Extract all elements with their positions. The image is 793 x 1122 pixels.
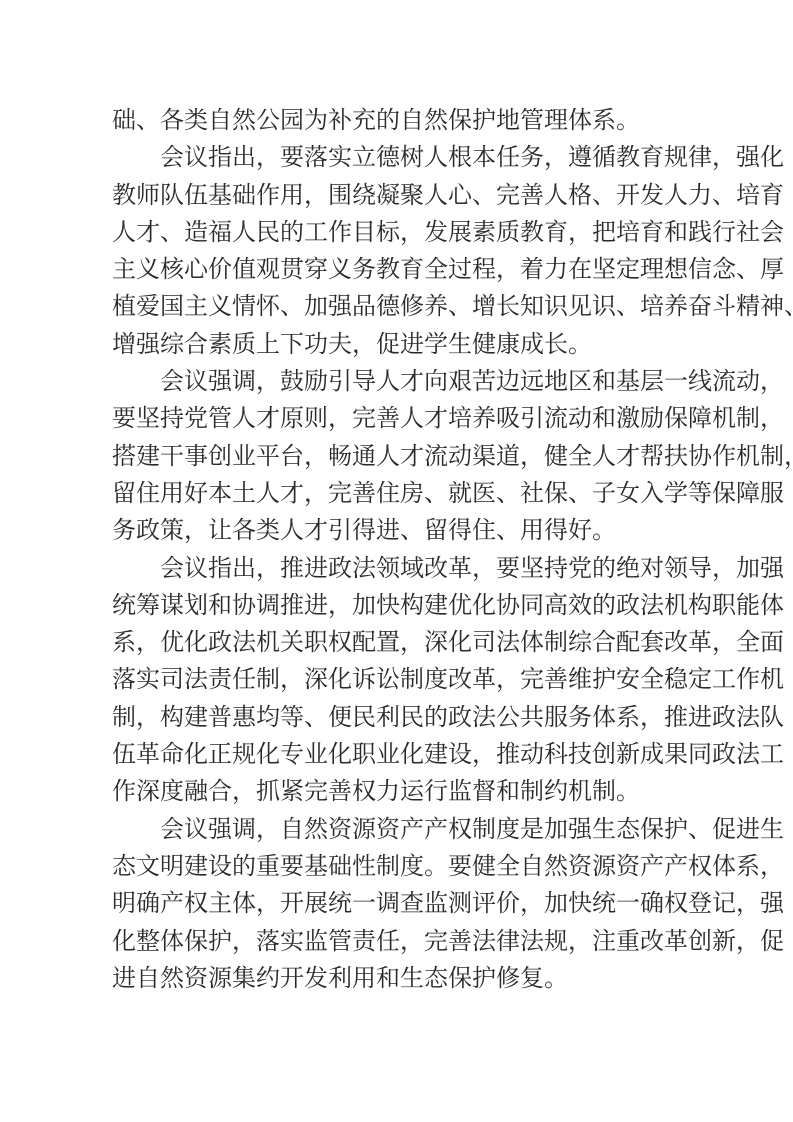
document-text-block: 础、各类自然公园为补充的自然保护地管理体系。会议指出，要落实立德树人根本任务，遵… — [112, 103, 685, 998]
text-line: 人才、造福人民的工作目标，发展素质教育，把培育和践行社会 — [112, 215, 685, 252]
text-line: 础、各类自然公园为补充的自然保护地管理体系。 — [112, 103, 685, 140]
text-line: 会议强调，自然资源资产产权制度是加强生态保护、促进生 — [112, 812, 685, 849]
text-line: 落实司法责任制，深化诉讼制度改革，完善维护安全稳定工作机 — [112, 662, 685, 699]
text-line: 会议强调，鼓励引导人才向艰苦边远地区和基层一线流动， — [112, 364, 685, 401]
text-line: 搭建干事创业平台，畅通人才流动渠道，健全人才帮扶协作机制， — [112, 439, 685, 476]
text-line: 要坚持党管人才原则，完善人才培养吸引流动和激励保障机制， — [112, 401, 685, 438]
text-line: 主义核心价值观贯穿义务教育全过程，着力在坚定理想信念、厚 — [112, 252, 685, 289]
text-line: 化整体保护，落实监管责任，完善法律法规，注重改革创新，促 — [112, 924, 685, 961]
text-line: 会议指出，要落实立德树人根本任务，遵循教育规律，强化 — [112, 140, 685, 177]
text-line: 系，优化政法机关职权配置，深化司法体制综合配套改革，全面 — [112, 625, 685, 662]
text-line: 伍革命化正规化专业化职业化建设，推动科技创新成果同政法工 — [112, 737, 685, 774]
text-line: 留住用好本土人才，完善住房、就医、社保、子女入学等保障服 — [112, 476, 685, 513]
text-line: 制，构建普惠均等、便民利民的政法公共服务体系，推进政法队 — [112, 700, 685, 737]
text-line: 植爱国主义情怀、加强品德修养、增长知识见识、培养奋斗精神、 — [112, 289, 685, 326]
text-line: 明确产权主体，开展统一调查监测评价，加快统一确权登记，强 — [112, 886, 685, 923]
text-line: 务政策，让各类人才引得进、留得住、用得好。 — [112, 513, 685, 550]
text-line: 会议指出，推进政法领域改革，要坚持党的绝对领导，加强 — [112, 551, 685, 588]
text-line: 增强综合素质上下功夫，促进学生健康成长。 — [112, 327, 685, 364]
document-page: 础、各类自然公园为补充的自然保护地管理体系。会议指出，要落实立德树人根本任务，遵… — [0, 0, 793, 1122]
text-line: 进自然资源集约开发利用和生态保护修复。 — [112, 961, 685, 998]
text-line: 教师队伍基础作用，围绕凝聚人心、完善人格、开发人力、培育 — [112, 178, 685, 215]
text-line: 态文明建设的重要基础性制度。要健全自然资源资产产权体系， — [112, 849, 685, 886]
text-line: 统筹谋划和协调推进，加快构建优化协同高效的政法机构职能体 — [112, 588, 685, 625]
text-line: 作深度融合，抓紧完善权力运行监督和制约机制。 — [112, 774, 685, 811]
